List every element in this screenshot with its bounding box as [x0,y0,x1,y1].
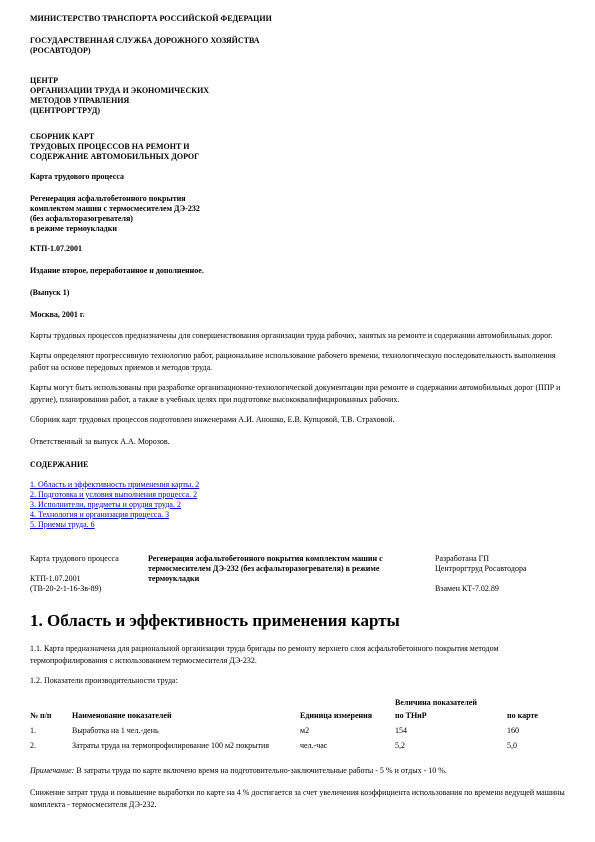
city-year: Москва, 2001 г. [30,310,565,320]
closing-paragraph: Снижение затрат труда и повышение вырабо… [30,787,565,811]
credits-line: Сборник карт трудовых процессов подготов… [30,414,565,426]
row-name: Выработка на 1 чел.-день [72,723,300,738]
row-name: Затраты труда на термопрофилирование 100… [72,738,300,753]
table-header-karta: по карте [507,710,565,723]
card-header-code: КТП-1.07.2001 (ТВ-20-2-1-16-Зв-89) [30,574,148,594]
row-karta-value: 5,0 [507,738,565,753]
row-unit: чел.-час [300,738,395,753]
card-header-replaces: Взамен КТ-7.02.89 [435,584,565,594]
paragraph-1-1: 1.1. Карта предназначена для рационально… [30,643,565,667]
service-name: ГОСУДАРСТВЕННАЯ СЛУЖБА ДОРОЖНОГО ХОЗЯЙСТ… [30,36,565,56]
row-unit: м2 [300,723,395,738]
table-header-group: Величина показателей [395,697,565,710]
responsible-line: Ответственный за выпуск А.А. Морозов. [30,436,565,448]
card-header-left: Карта трудового процесса КТП-1.07.2001 (… [30,554,148,594]
document-page: МИНИСТЕРСТВО ТРАНСПОРТА РОССИЙСКОЙ ФЕДЕР… [30,14,565,811]
paragraph-1-2: 1.2. Показатели производительности труда… [30,675,565,687]
toc-link-section-4[interactable]: 4. Технология и организация процесса. 3 [30,510,169,520]
toc-title: СОДЕРЖАНИЕ [30,460,565,469]
toc-link-section-5[interactable]: 5. Приемы труда. 6 [30,520,95,530]
table-row: 1. Выработка на 1 чел.-день м2 154 160 [30,723,565,738]
section-heading: 1. Область и эффективность применения ка… [30,611,565,631]
note-paragraph: Примечание: В затраты труда по карте вкл… [30,765,565,777]
toc-link-section-2[interactable]: 2. Подготовка и условия выполнения проце… [30,490,197,500]
row-tnir-value: 5,2 [395,738,507,753]
card-header-block: Карта трудового процесса КТП-1.07.2001 (… [30,554,565,594]
table-header-tnir: по ТНиР [395,710,507,723]
row-num: 1. [30,723,72,738]
table-header-unit: Единица измерения [300,710,395,723]
table-group-header-row: Величина показателей [30,697,565,710]
toc-link-section-3[interactable]: 3. Исполнители, предметы и орудия труда.… [30,500,181,510]
row-tnir-value: 154 [395,723,507,738]
note-text: В затраты труда по карте включено время … [74,766,447,775]
card-header-right: Разработана ГП Центроргтруд Росавтодора … [435,554,565,594]
card-code: КТП-1.07.2001 [30,244,565,254]
center-name: ЦЕНТР ОРГАНИЗАЦИИ ТРУДА И ЭКОНОМИЧЕСКИХ … [30,76,565,116]
table-header-num: № п/п [30,710,72,723]
row-karta-value: 160 [507,723,565,738]
card-header-type: Карта трудового процесса [30,554,148,564]
ministry-name: МИНИСТЕРСТВО ТРАНСПОРТА РОССИЙСКОЙ ФЕДЕР… [30,14,565,24]
toc-list: 1. Область и эффективность применения ка… [30,480,565,530]
intro-paragraph: Карты могут быть использованы при разраб… [30,382,565,406]
table-header-row: № п/п Наименование показателей Единица и… [30,710,565,723]
table-header-name: Наименование показателей [72,710,300,723]
edition-note: Издание второе, переработанное и дополне… [30,266,565,276]
issue-note: (Выпуск 1) [30,288,565,298]
toc-link-section-1[interactable]: 1. Область и эффективность применения ка… [30,480,199,490]
note-label: Примечание: [30,766,74,775]
indicators-table: Величина показателей № п/п Наименование … [30,697,565,753]
table-row: 2. Затраты труда на термопрофилирование … [30,738,565,753]
row-num: 2. [30,738,72,753]
card-header-title: Регенерация асфальтобетонного покрытия к… [148,554,435,594]
card-header-developer: Разработана ГП Центроргтруд Росавтодора [435,554,565,574]
card-type: Карта трудового процесса [30,172,565,182]
collection-title: СБОРНИК КАРТ ТРУДОВЫХ ПРОЦЕССОВ НА РЕМОН… [30,132,565,162]
intro-paragraph: Карты трудовых процессов предназначены д… [30,330,565,342]
intro-paragraph: Карты определяют прогрессивную технологи… [30,350,565,374]
card-title: Регенерация асфальтобетонного покрытия к… [30,194,565,234]
